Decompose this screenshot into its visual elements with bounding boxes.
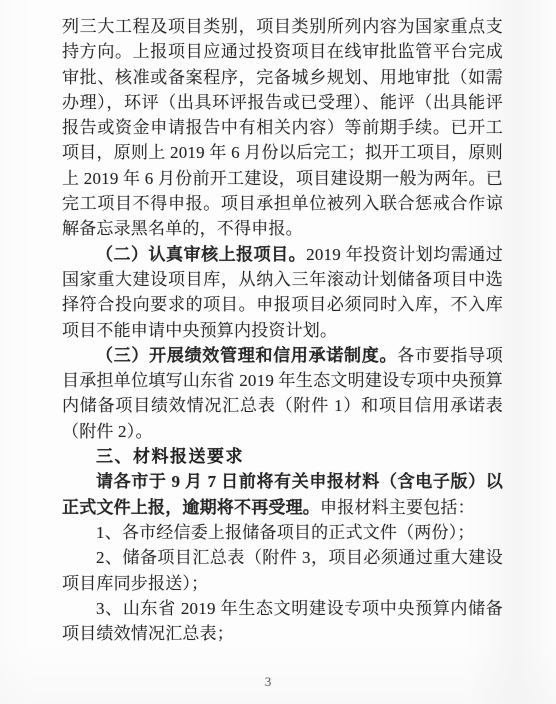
- paragraph-point-2: （二）认真审核上报项目。2019 年投资计划均需通过国家重大建设项目库，从纳入三…: [62, 242, 503, 343]
- list-item-1: 1、各市经信委上报储备项目的正式文件（两份）；: [62, 520, 503, 545]
- paragraph-continuation: 列三大工程及项目类别，项目类别所列内容为国家重点支持方向。上报项目应通过投资项目…: [62, 14, 503, 242]
- section-heading: 三、材料报送要求: [62, 444, 503, 469]
- document-page: 列三大工程及项目类别，项目类别所列内容为国家重点支持方向。上报项目应通过投资项目…: [0, 0, 556, 704]
- paragraph-deadline: 请各市于 9 月 7 日前将有关申报材料（含电子版）以正式文件上报，逾期将不再受…: [62, 469, 503, 520]
- page-number: 3: [228, 674, 308, 690]
- list-item-3: 3、山东省 2019 年生态文明建设专项中央预算内储备项目绩效情况汇总表；: [62, 596, 503, 647]
- paragraph-deadline-text: 申报材料主要包括：: [320, 498, 475, 517]
- document-body: 列三大工程及项目类别，项目类别所列内容为国家重点支持方向。上报项目应通过投资项目…: [62, 14, 503, 646]
- list-item-2: 2、储备项目汇总表（附件 3，项目必须通过重大建设项目库同步报送）；: [62, 545, 503, 596]
- paragraph-point-3-lead: （三）开展绩效管理和信用承诺制度。: [96, 346, 397, 365]
- paragraph-point-3: （三）开展绩效管理和信用承诺制度。各市要指导项目承担单位填写山东省 2019 年…: [62, 343, 503, 444]
- paragraph-point-2-lead: （二）认真审核上报项目。: [96, 245, 306, 264]
